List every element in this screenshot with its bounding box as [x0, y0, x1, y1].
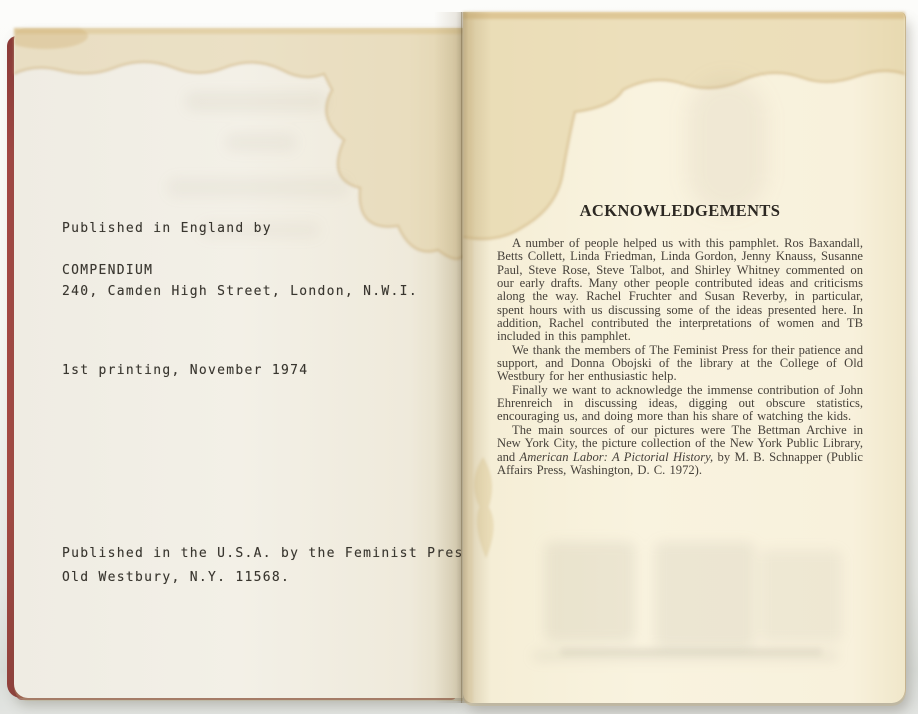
imprint-published-usa-line2: Old Westbury, N.Y. 11568.: [62, 570, 290, 585]
paragraph-4: The main sources of our pictures were Th…: [497, 424, 863, 477]
acknowledgements-text: A number of people helped us with this p…: [497, 237, 863, 477]
imprint-published-england: Published in England by: [62, 221, 272, 236]
acknowledgements-heading: ACKNOWLEDGEMENTS: [497, 201, 863, 222]
imprint-printing-info: 1st printing, November 1974: [62, 363, 308, 378]
book-scan: Published in England by COMPENDIUM 240, …: [0, 0, 918, 714]
paragraph-2: We thank the members of The Feminist Pre…: [497, 344, 863, 384]
imprint-publisher-address: 240, Camden High Street, London, N.W.I.: [62, 284, 418, 299]
paragraph-1: A number of people helped us with this p…: [497, 237, 863, 344]
imprint-published-usa-line1: Published in the U.S.A. by the Feminist …: [62, 546, 482, 561]
imprint-publisher-name: COMPENDIUM: [62, 263, 153, 278]
paragraph-3: Finally we want to acknowledge the immen…: [497, 384, 863, 424]
book-title-italic: American Labor: A Pictorial History,: [520, 450, 714, 464]
